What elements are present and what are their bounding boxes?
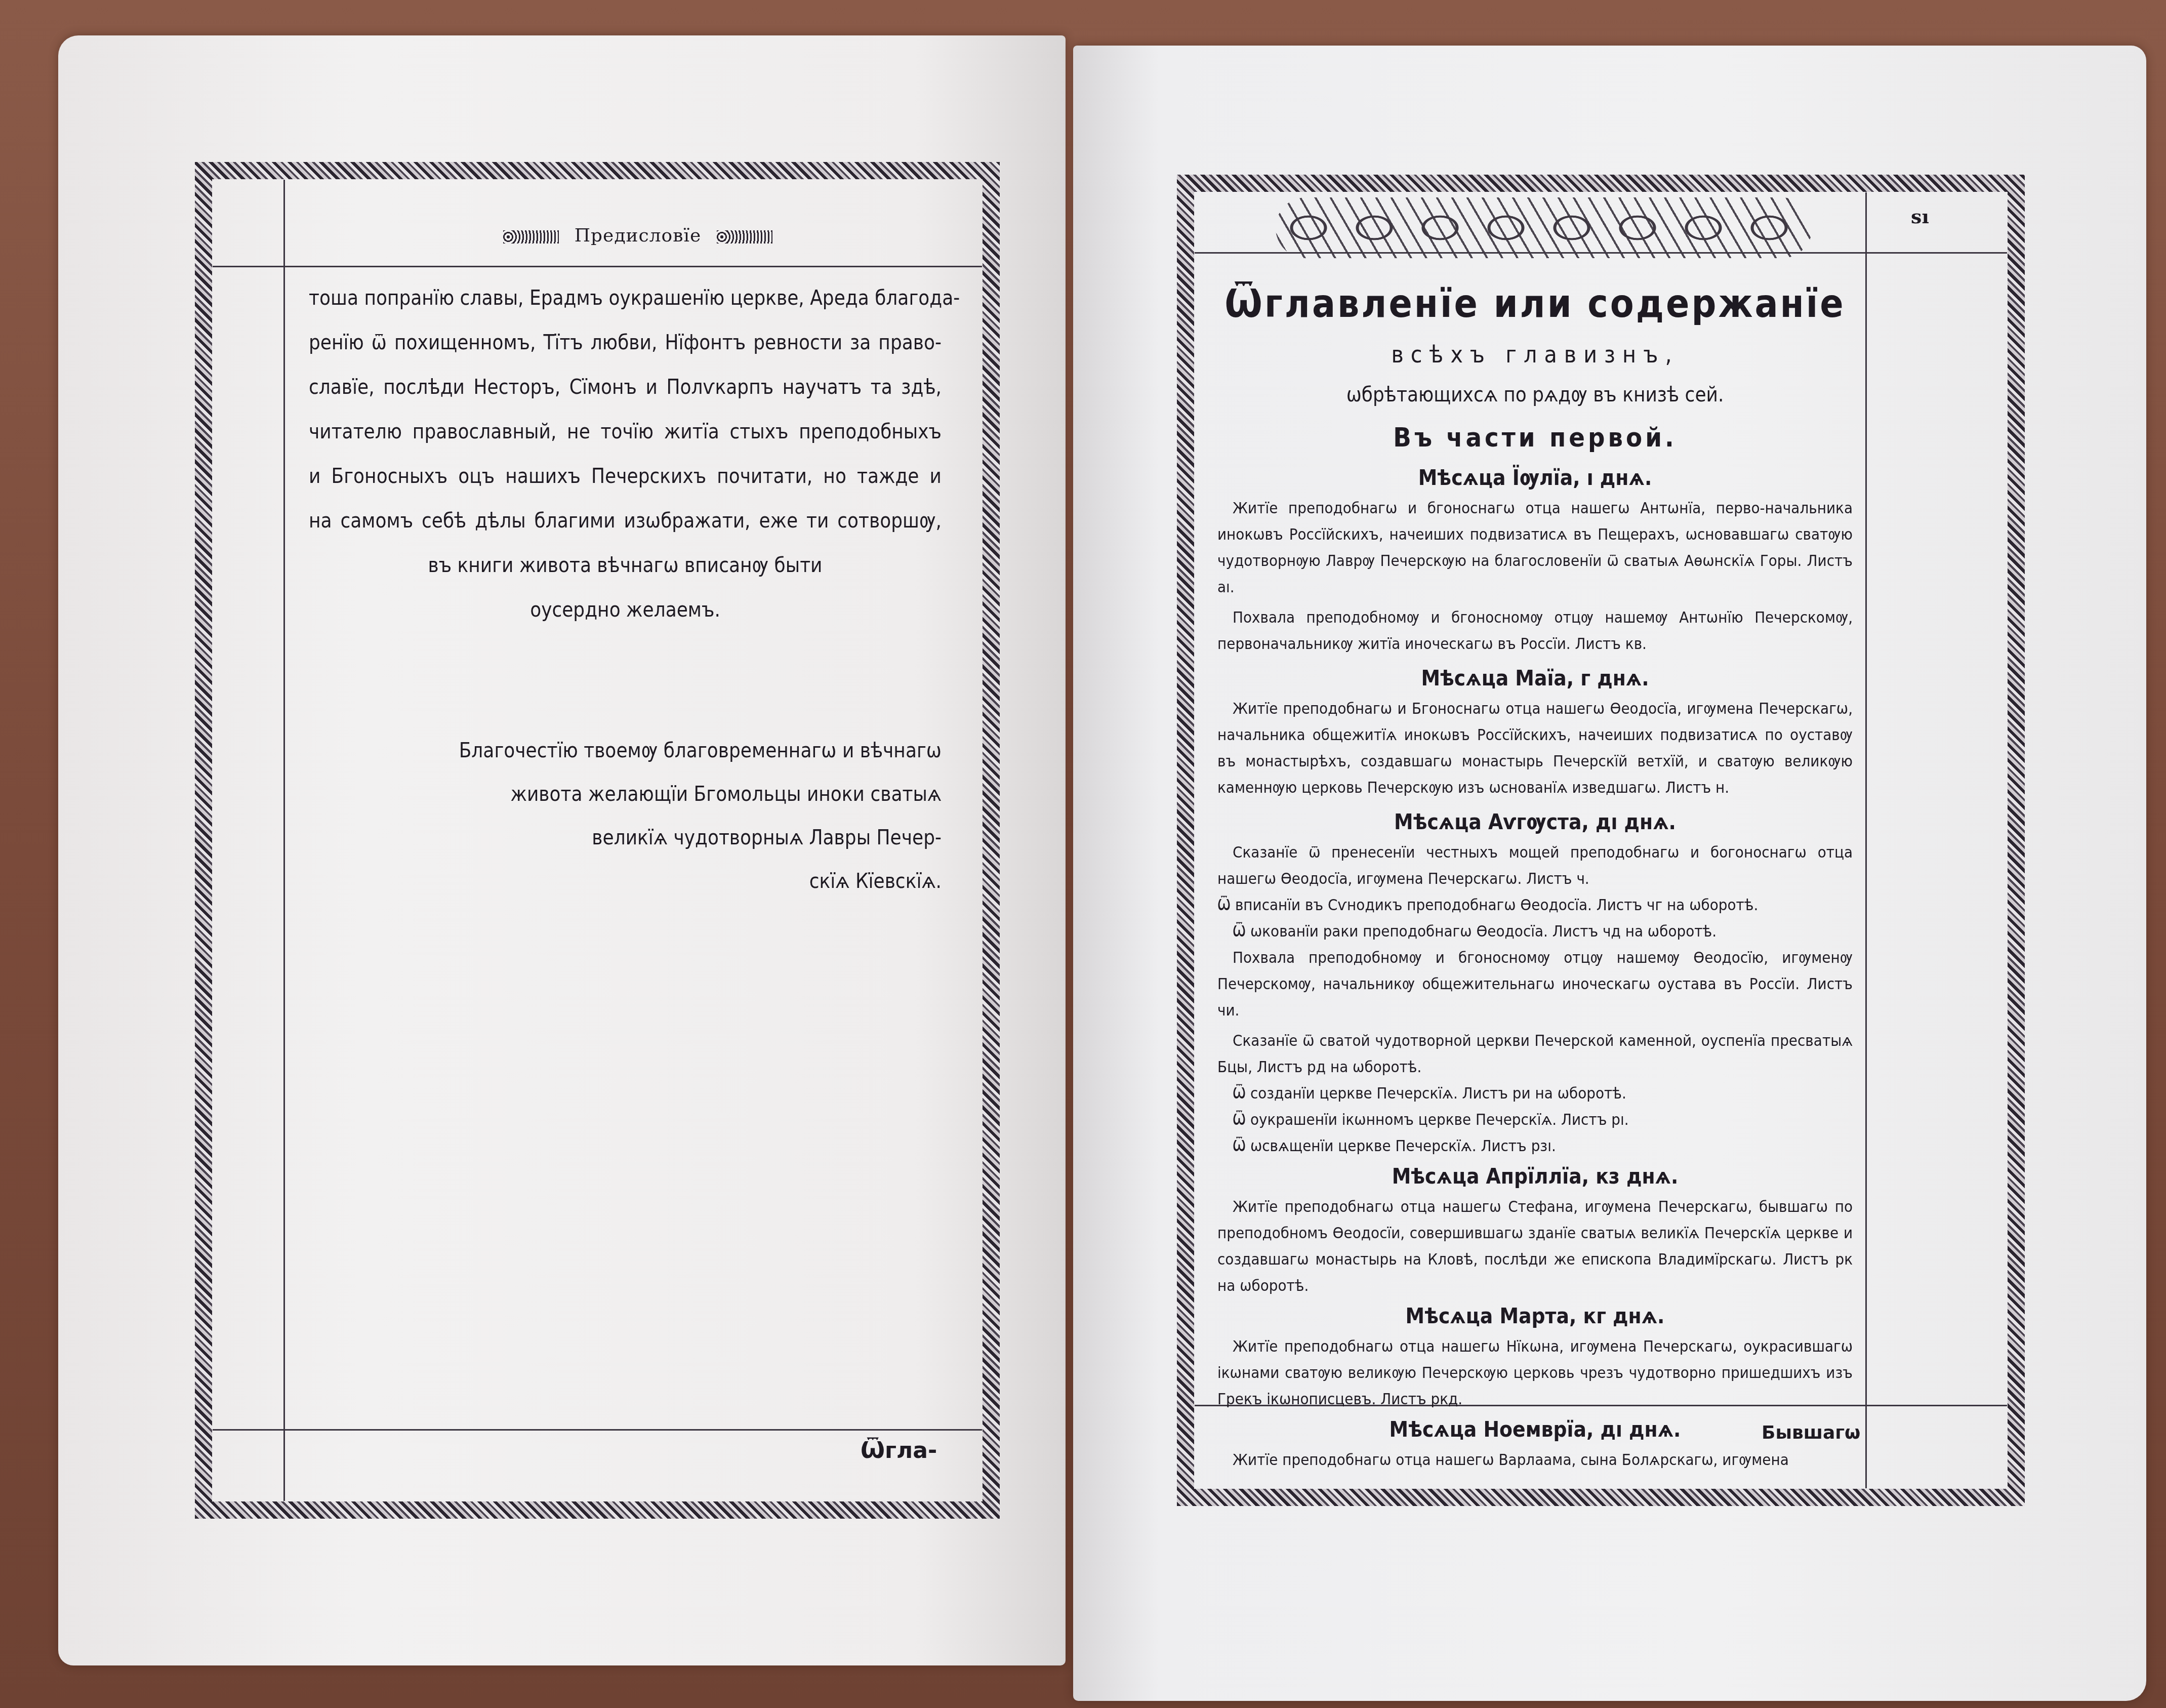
toc-entry-text: Ѿ вписанїи въ Сѵнодикъ преподобнагѡ Ѳеод…	[1217, 896, 1758, 914]
toc-section-july: Мѣсѧца Ïѹлїа, ı днѧ. Житїе преподобнагѡ …	[1217, 461, 1853, 657]
toc-section-april: Мѣсѧца Апрїллїа, кз днѧ. Житїе преподобн…	[1217, 1159, 1853, 1299]
preface-line: въ книги живота вѣчнагѡ вписанѹ быти	[309, 543, 942, 588]
month-heading: Мѣсѧца Аѵгѹста, дı днѧ.	[1217, 805, 1853, 839]
ornament-right-icon	[717, 230, 772, 243]
month-heading: Мѣсѧца Ïѹлїа, ı днѧ.	[1217, 461, 1853, 495]
toc-section-march: Мѣсѧца Марта, кг днѧ. Житїе преподобнагѡ…	[1217, 1299, 1853, 1412]
running-head: Предисловїе	[294, 225, 982, 246]
left-catchword: Ѿгла-	[861, 1438, 937, 1463]
toc-subtitle: всѣхъ главизнъ,	[1217, 334, 1853, 375]
toc-section-may: Мѣсѧца Маїа, г днѧ. Житїе преподобнагѡ и…	[1217, 661, 1853, 801]
toc-section-november: Мѣсѧца Ноемврїа, дı днѧ. Житїе преподобн…	[1217, 1412, 1853, 1473]
toc-subtitle-2: ѡбрѣтающихсѧ по рѧдѹ въ книзѣ сей.	[1217, 375, 1853, 415]
toc-entry-text: Ѿ ѡсвѧщенїи церкве Печерскїѧ. Листъ рзı.	[1233, 1137, 1556, 1155]
toc-entry[interactable]: Ѿ вписанїи въ Сѵнодикъ преподобнагѡ Ѳеод…	[1217, 892, 1853, 918]
toc-entry-text: Житїе преподобнагѡ отца нашегѡ Варлаама,…	[1233, 1451, 1789, 1469]
dedication-line: живота желающїи Бгомольцы иноки сватыѧ	[415, 772, 942, 816]
toc-entry[interactable]: Ѿ ѡкованїи раки преподобнагѡ Ѳеодосїа. Л…	[1217, 918, 1853, 945]
toc-title: Ѿглавленїе или содержанїе	[1217, 273, 1853, 334]
toc-entry-text: Ѿ ѡкованїи раки преподобнагѡ Ѳеодосїа. Л…	[1233, 922, 1717, 941]
toc-entry[interactable]: Житїе преподобнагѡ отца нашегѡ Стефана, …	[1217, 1194, 1853, 1299]
preface-line: ренїю ѿ похищенномъ, Тїтъ любви, Нїфонтъ…	[309, 320, 942, 365]
toc-entry-text: Житїе преподобнагѡ и Бгоноснагѡ отца наш…	[1217, 700, 1853, 797]
toc-section-august: Мѣсѧца Аѵгѹста, дı днѧ. Сказанїе ѿ прене…	[1217, 805, 1853, 1159]
month-heading: Мѣсѧца Маїа, г днѧ.	[1217, 661, 1853, 696]
toc-entry-text: Ѿ созданїи церкве Печерскїѧ. Листъ ри на…	[1233, 1084, 1626, 1103]
headpiece-ornament-icon	[1276, 197, 1812, 258]
preface-line: славїе, послѣди Несторъ, Сїмонъ и Полѵка…	[309, 365, 942, 410]
toc-entry-text: Похвала преподобномѹ и бгоносномѹ отцѹ н…	[1217, 949, 1853, 1020]
month-heading: Мѣсѧца Марта, кг днѧ.	[1217, 1299, 1853, 1333]
left-margin-rule	[283, 180, 285, 1501]
dedication-line: великїѧ чудотворныѧ Лавры Печер-	[415, 816, 942, 860]
running-head-text: Предисловїе	[575, 225, 702, 246]
left-footer-rule	[213, 1429, 982, 1431]
dedication-line: Благочестїю твоемѹ благовременнагѡ и вѣч…	[415, 729, 942, 772]
left-header-rule	[213, 266, 982, 267]
toc-entry-text: Сказанїе ѿ сватой чудотворной церкви Печ…	[1217, 1032, 1853, 1076]
toc-entry[interactable]: Сказанїе ѿ сватой чудотворной церкви Печ…	[1217, 1028, 1853, 1080]
toc-entry[interactable]: Ѿ ѡсвѧщенїи церкве Печерскїѧ. Листъ рзı.	[1217, 1133, 1853, 1159]
ornament-left-icon	[503, 230, 559, 243]
toc-entry[interactable]: Житїе преподобнагѡ отца нашегѡ Нїкѡна, и…	[1217, 1333, 1853, 1412]
right-catchword: Бывшагѡ	[1762, 1422, 1860, 1443]
page-number: ѕı	[1911, 205, 1929, 228]
toc-part-heading: Въ части первой.	[1217, 415, 1853, 461]
toc-entry[interactable]: Похвала преподобномѹ и бгоносномѹ отцѹ н…	[1217, 945, 1853, 1024]
preface-text: тоша попранїю славы, Ерадмъ оукрашенїю ц…	[309, 276, 942, 632]
toc-entry[interactable]: Сказанїе ѿ пренесенїи честныхъ мощей пре…	[1217, 839, 1853, 892]
preface-line: читателю православный, не точїю житїа ст…	[309, 410, 942, 454]
preface-line: оусердно желаемъ.	[309, 588, 942, 632]
toc-entry-text: Житїе преподобнагѡ отца нашегѡ Стефана, …	[1217, 1198, 1853, 1295]
preface-line: и Бгоносныхъ оцъ нашихъ Печерскихъ почит…	[309, 454, 942, 499]
toc-entry[interactable]: Ѿ созданїи церкве Печерскїѧ. Листъ ри на…	[1217, 1080, 1853, 1107]
toc-entry-text: Сказанїе ѿ пренесенїи честныхъ мощей пре…	[1217, 843, 1853, 888]
toc-entry-text: Житїе преподобнагѡ и бгоноснагѡ отца наш…	[1217, 499, 1853, 596]
toc-entry[interactable]: Житїе преподобнагѡ отца нашегѡ Варлаама,…	[1217, 1447, 1853, 1473]
toc-entry[interactable]: Похвала преподобномѹ и бгоносномѹ отцѹ н…	[1217, 604, 1853, 657]
toc-entry-text: Похвала преподобномѹ и бгоносномѹ отцѹ н…	[1217, 608, 1853, 653]
toc-entry[interactable]: Житїе преподобнагѡ и Бгоноснагѡ отца наш…	[1217, 696, 1853, 801]
toc-entry[interactable]: Ѿ оукрашенїи ікѡнномъ церкве Печерскїѧ. …	[1217, 1107, 1853, 1133]
preface-line: тоша попранїю славы, Ерадмъ оукрашенїю ц…	[309, 276, 942, 320]
month-heading: Мѣсѧца Ноемврїа, дı днѧ.	[1217, 1412, 1853, 1447]
preface-line: на самомъ себѣ дѣлы благими изѡбражати, …	[309, 499, 942, 543]
month-heading: Мѣсѧца Апрїллїа, кз днѧ.	[1217, 1159, 1853, 1194]
toc-entry-text: Житїе преподобнагѡ отца нашегѡ Нїкѡна, и…	[1217, 1337, 1853, 1408]
toc-entry-text: Ѿ оукрашенїи ікѡнномъ церкве Печерскїѧ. …	[1233, 1111, 1629, 1129]
right-margin-rule	[1865, 192, 1867, 1488]
toc-entry[interactable]: Житїе преподобнагѡ и бгоноснагѡ отца наш…	[1217, 495, 1853, 600]
dedication-line: скїѧ Кїевскїѧ.	[415, 860, 942, 903]
dedication: Благочестїю твоемѹ благовременнагѡ и вѣч…	[415, 729, 942, 903]
table-of-contents: Ѿглавленїе или содержанїе всѣхъ главизнъ…	[1217, 273, 1853, 1473]
